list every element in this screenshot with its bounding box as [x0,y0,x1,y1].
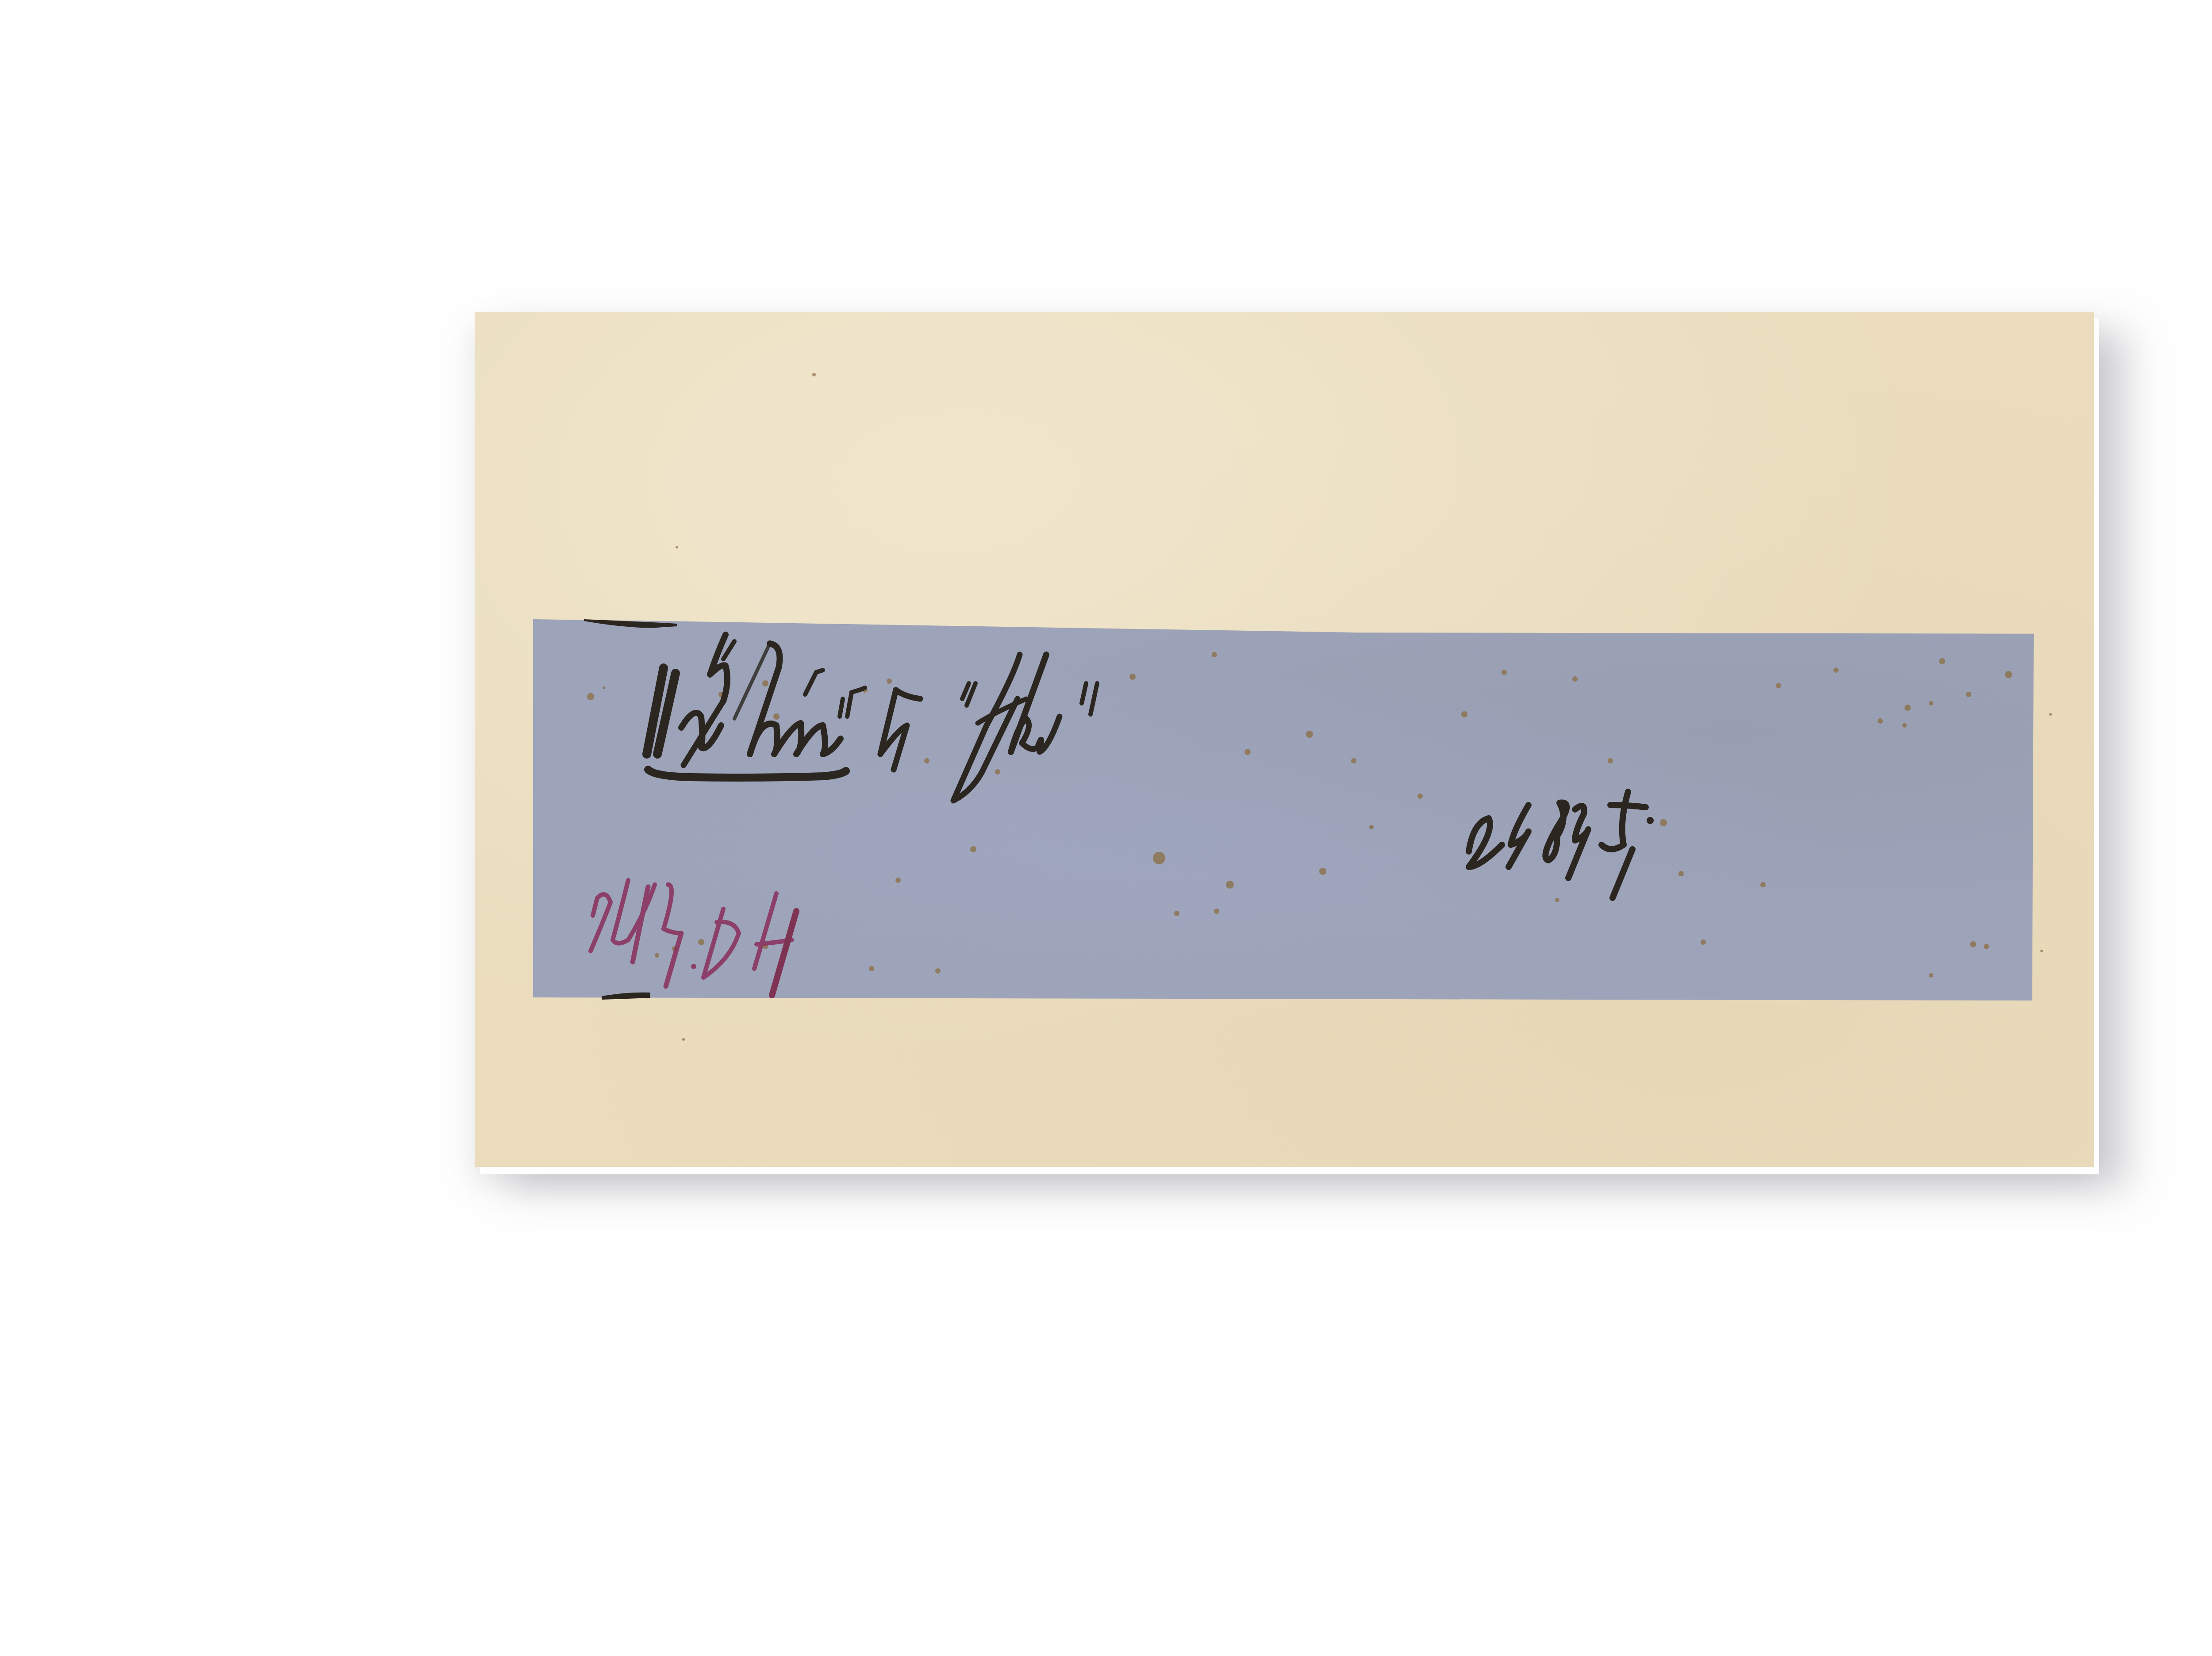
photo-stage: 11 x̊ houi" ti "flew" 24835. R.Ap.D.H [0,0,2212,1656]
annotation-text: R.Ap.D.H [602,889,1018,992]
handwriting-line2-number: 24835. [1473,809,1814,923]
handwriting-line1-text: 11 x̊ houi" ti "flew" [646,663,1743,797]
